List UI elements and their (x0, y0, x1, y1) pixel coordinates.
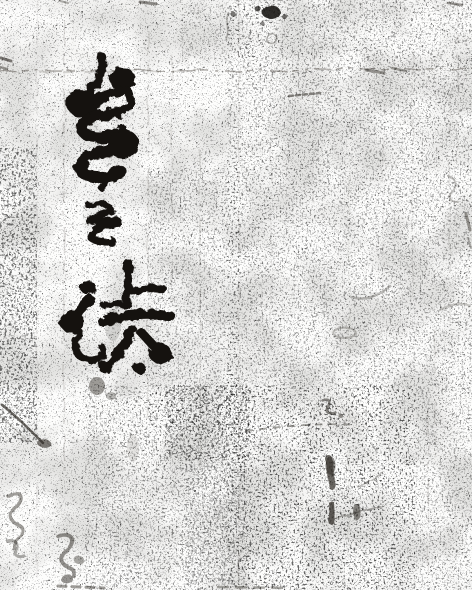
brush-stroke (131, 288, 164, 292)
bottom-edge-mark (218, 587, 288, 588)
manuscript-scan: 玄 之 訣 (0, 0, 472, 590)
speckle-bottom-cluster (165, 385, 250, 460)
speckle-top (180, 4, 265, 60)
ink-dot (339, 414, 343, 418)
edge-mark (140, 2, 156, 4)
ink-ghost (106, 392, 116, 400)
ink-dot (231, 12, 236, 17)
ink-ghost (89, 377, 105, 395)
smudge-blob (74, 556, 84, 564)
ink-dot (282, 14, 287, 19)
speckle-left-strip (0, 148, 37, 443)
ink-blot (262, 5, 280, 19)
smudge-blob (326, 457, 336, 475)
ink-dot (255, 6, 261, 12)
smudge-blob (61, 574, 73, 584)
speckle-bottom-mid (185, 455, 247, 585)
smudge-stroke (331, 503, 332, 523)
ink-ghost (127, 434, 139, 462)
ink-dot (260, 21, 264, 25)
manuscript-page: 玄 之 訣 (0, 0, 472, 590)
